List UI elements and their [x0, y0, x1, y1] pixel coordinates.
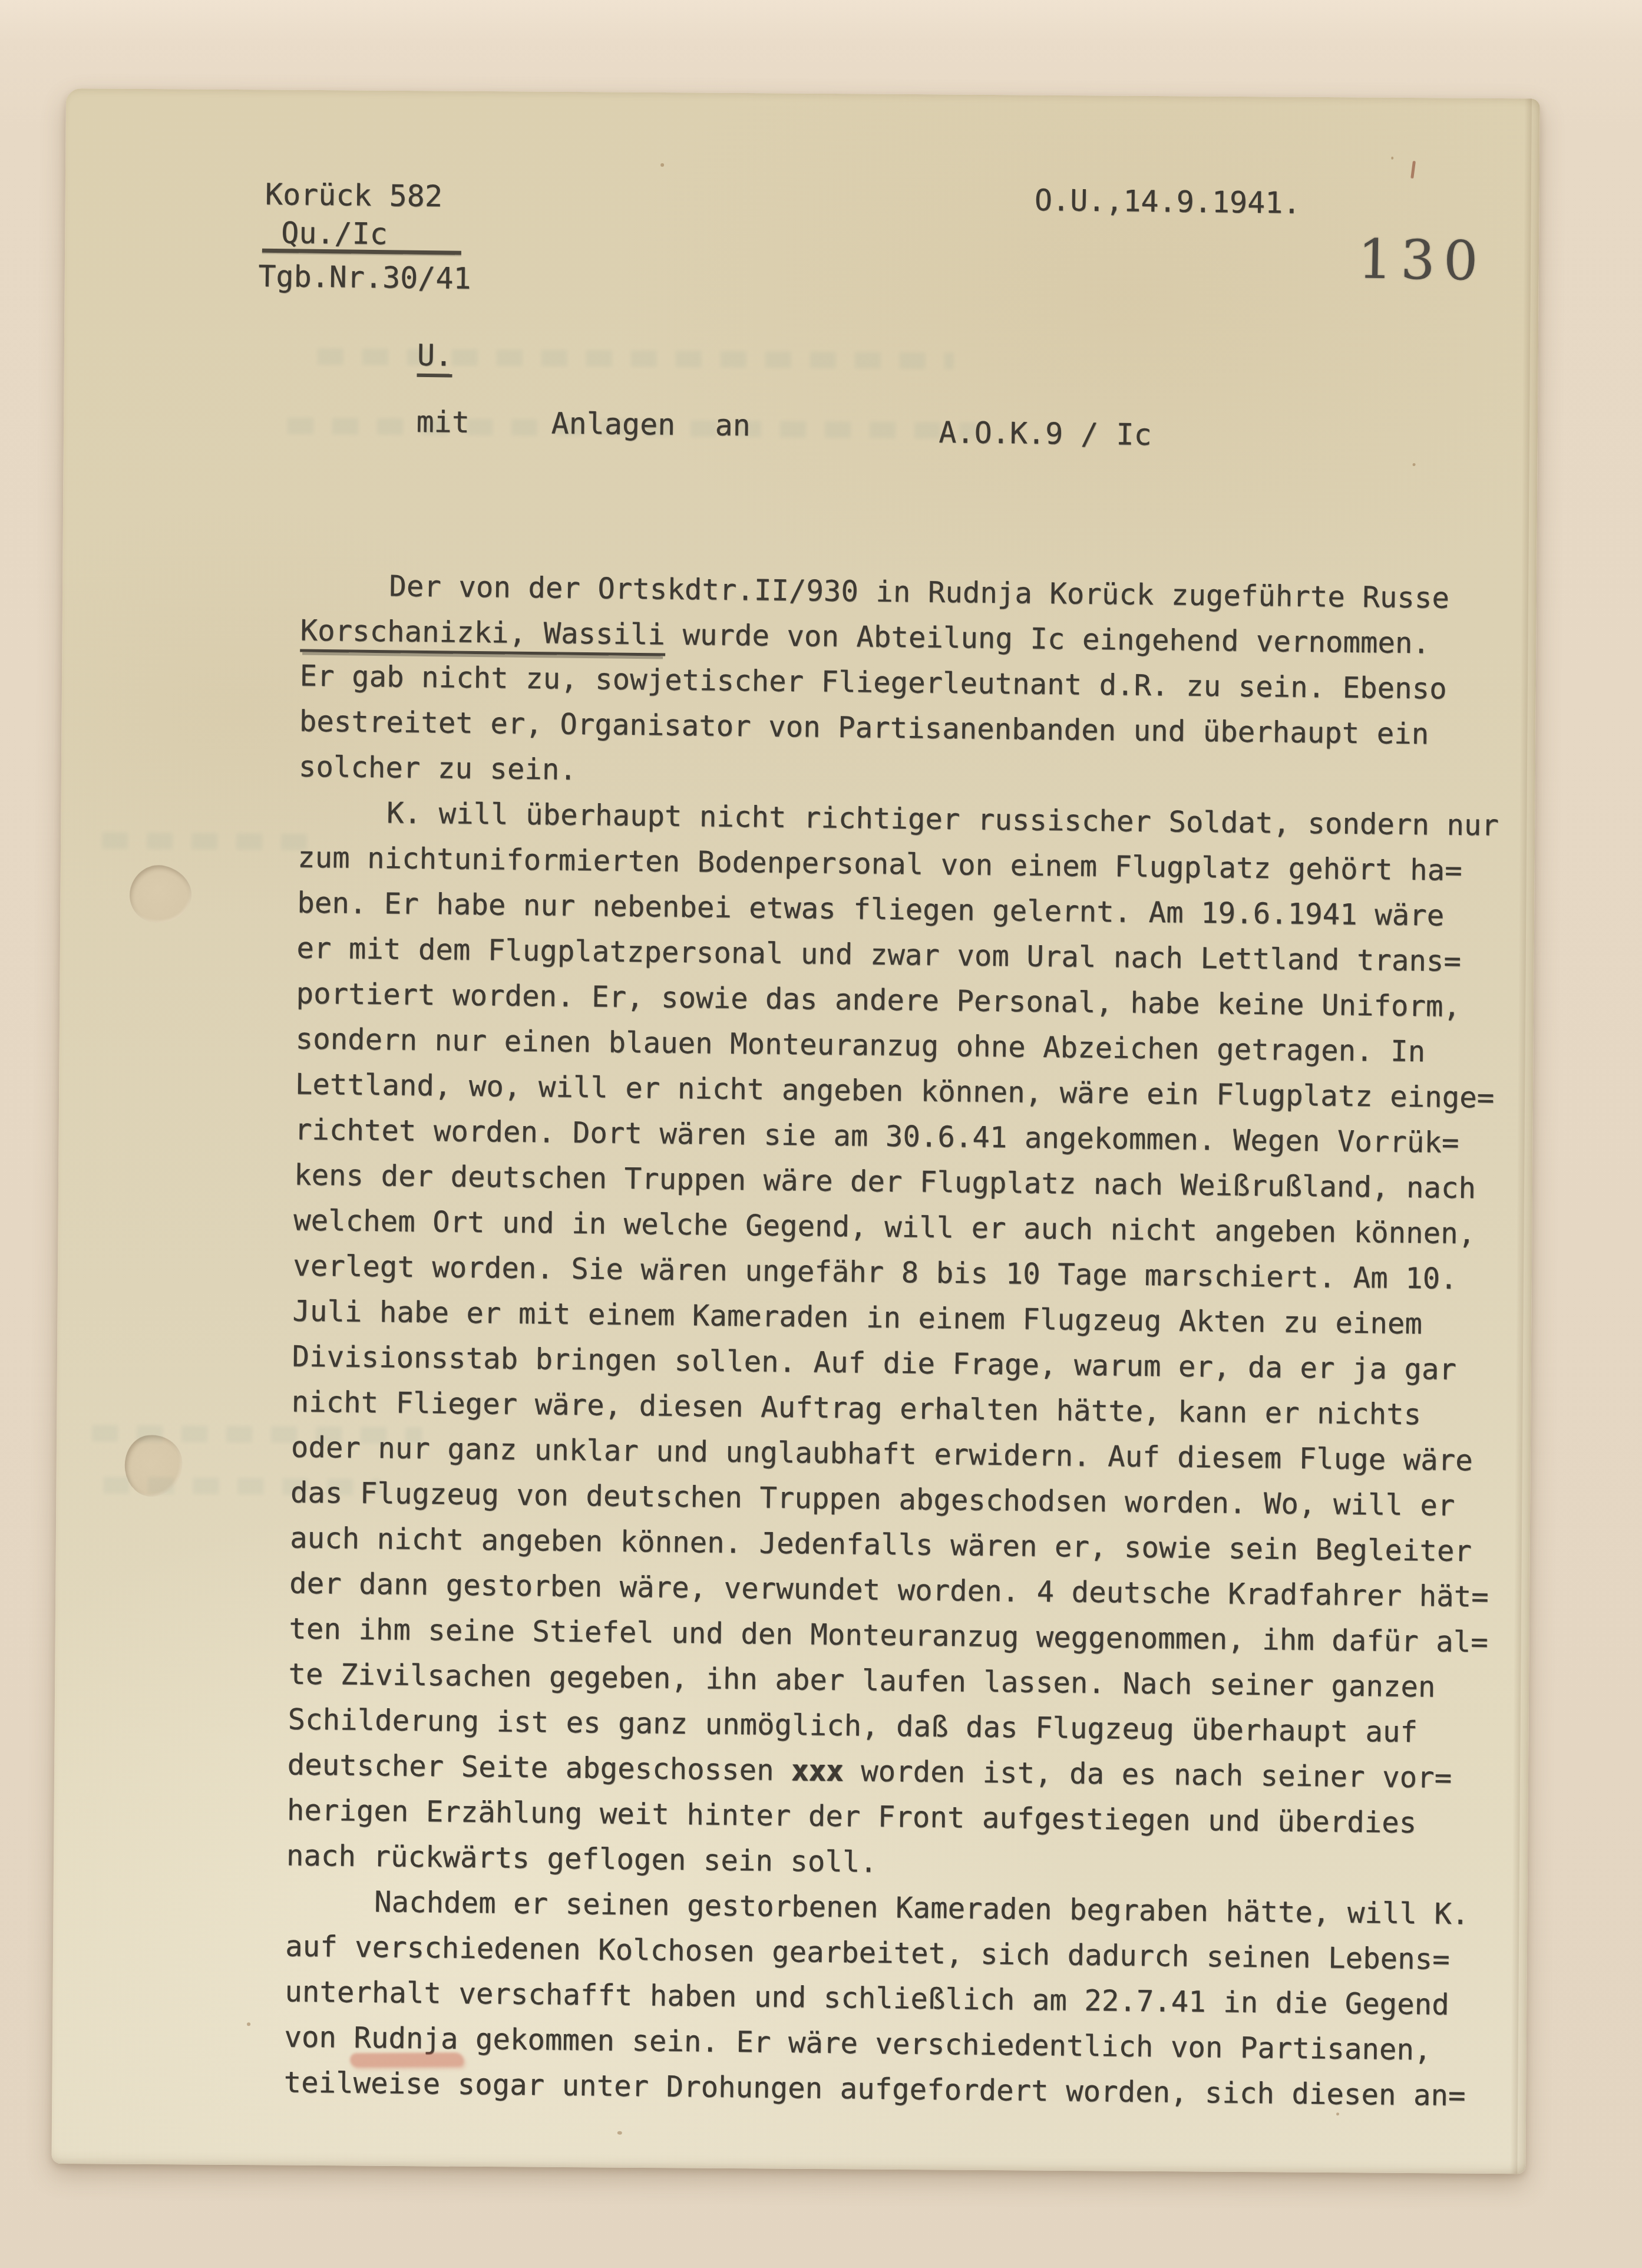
body-segment: sondern nur einen blauen Monteuranzug oh…	[295, 1022, 1425, 1069]
body-segment-underline: Korschanizki, Wassili	[300, 614, 665, 656]
body-segment: herigen Erzählung weit hinter der Front …	[287, 1793, 1417, 1840]
body-segment: wurde von Abteilung Ic eingehend vernomm…	[665, 618, 1430, 661]
distribution-word-an: an	[715, 407, 751, 444]
body-segment: Lettland, wo, will er nicht angeben könn…	[295, 1068, 1495, 1115]
body-segment: er mit dem Flugplatzpersonal und zwar vo…	[296, 932, 1461, 978]
body-segment: oder nur ganz unklar und unglaubhaft erw…	[291, 1430, 1473, 1477]
body-segment: ten ihm seine Stiefel und den Monteuranz…	[289, 1612, 1488, 1659]
body-segment: Divisionsstab bringen sollen. Auf die Fr…	[292, 1339, 1456, 1386]
typewritten-layer: Korück 582 Qu./Ic Tgb.Nr.30/41 O.U.,14.9…	[42, 88, 1540, 2180]
body-segment: K. will überhaupt nicht richtiger russis…	[386, 796, 1499, 842]
u-label-text: U.	[417, 338, 452, 378]
body-segment: nach rückwärts geflogen sein soll.	[286, 1838, 878, 1879]
body-segment: Schilderung ist es ganz unmöglich, daß d…	[288, 1702, 1418, 1749]
body-segment: deutscher Seite abgeschossen	[287, 1748, 791, 1787]
body-segment: auf verschiedenen Kolchosen gearbeitet, …	[285, 1929, 1450, 1976]
body-segment: auch nicht angeben können. Jedenfalls wä…	[290, 1521, 1472, 1568]
body-segment: welchem Ort und in welche Gegend, will e…	[293, 1204, 1476, 1251]
header-journal-number: Tgb.Nr.30/41	[258, 258, 471, 297]
distribution-word-anlagen: Anlagen	[551, 405, 675, 443]
report-body: Der von der Ortskdtr.II/930 in Rudnja Ko…	[283, 563, 1521, 2119]
body-segment: solcher zu sein.	[299, 750, 577, 787]
body-segment-red-underline: Rudnja	[353, 2021, 458, 2056]
body-segment: worden ist, da es nach seiner vor=	[843, 1754, 1452, 1795]
header-section: Qu./Ic	[281, 214, 388, 252]
distribution-word-mit: mit	[416, 404, 470, 441]
section-underline	[262, 249, 461, 255]
body-segment: teilweise sogar unter Drohungen aufgefor…	[283, 2065, 1466, 2112]
body-segment: te Zivilsachen gegeben, ihn aber laufen …	[288, 1657, 1436, 1704]
body-segment: bestreitet er, Organisator von Partisane…	[299, 705, 1429, 751]
body-segment: das Flugzeug von deutschen Truppen abges…	[290, 1475, 1455, 1522]
body-segment-struck: xxx	[791, 1754, 844, 1788]
distribution-u-label: U.	[417, 337, 453, 374]
body-segment: kens der deutschen Truppen wäre der Flug…	[294, 1158, 1476, 1206]
header-place-date: O.U.,14.9.1941.	[1035, 182, 1301, 222]
body-segment: zum nichtuniformierten Bodenpersonal von…	[298, 841, 1462, 887]
page-number-stamp: 130	[1357, 227, 1486, 293]
header-unit: Korück 582	[265, 176, 443, 214]
body-segment: gekommen sein. Er wäre verschiedentlich …	[458, 2022, 1432, 2067]
scan-background: { "document": { "kind": "typewritten mil…	[0, 0, 1642, 2268]
body-segment: nicht Flieger wäre, diesen Auftrag erhal…	[291, 1385, 1421, 1431]
body-segment: Juli habe er mit einem Kameraden in eine…	[292, 1294, 1422, 1341]
body-segment: Er gab nicht zu, sowjetischer Fliegerleu…	[299, 659, 1447, 706]
body-segment: Der von der Ortskdtr.II/930 in Rudnja Ko…	[389, 569, 1449, 615]
body-segment: richtet worden. Dort wären sie am 30.6.4…	[295, 1113, 1459, 1160]
body-segment: verlegt worden. Sie wären ungefähr 8 bis…	[293, 1249, 1458, 1296]
distribution-recipient: A.O.K.9 / Ic	[939, 414, 1152, 453]
body-segment: von	[284, 2020, 354, 2054]
body-segment: Nachdem er seinen gestorbenen Kameraden …	[374, 1885, 1469, 1931]
body-segment: der dann gestorben wäre, verwundet worde…	[289, 1566, 1489, 1613]
body-segment: portiert worden. Er, sowie das andere Pe…	[296, 977, 1461, 1024]
document-page: Korück 582 Qu./Ic Tgb.Nr.30/41 O.U.,14.9…	[51, 88, 1540, 2174]
body-segment: ben. Er habe nur nebenbei etwas fliegen …	[297, 886, 1445, 933]
body-segment: unterhalt verschafft haben und schließli…	[285, 1975, 1449, 2021]
